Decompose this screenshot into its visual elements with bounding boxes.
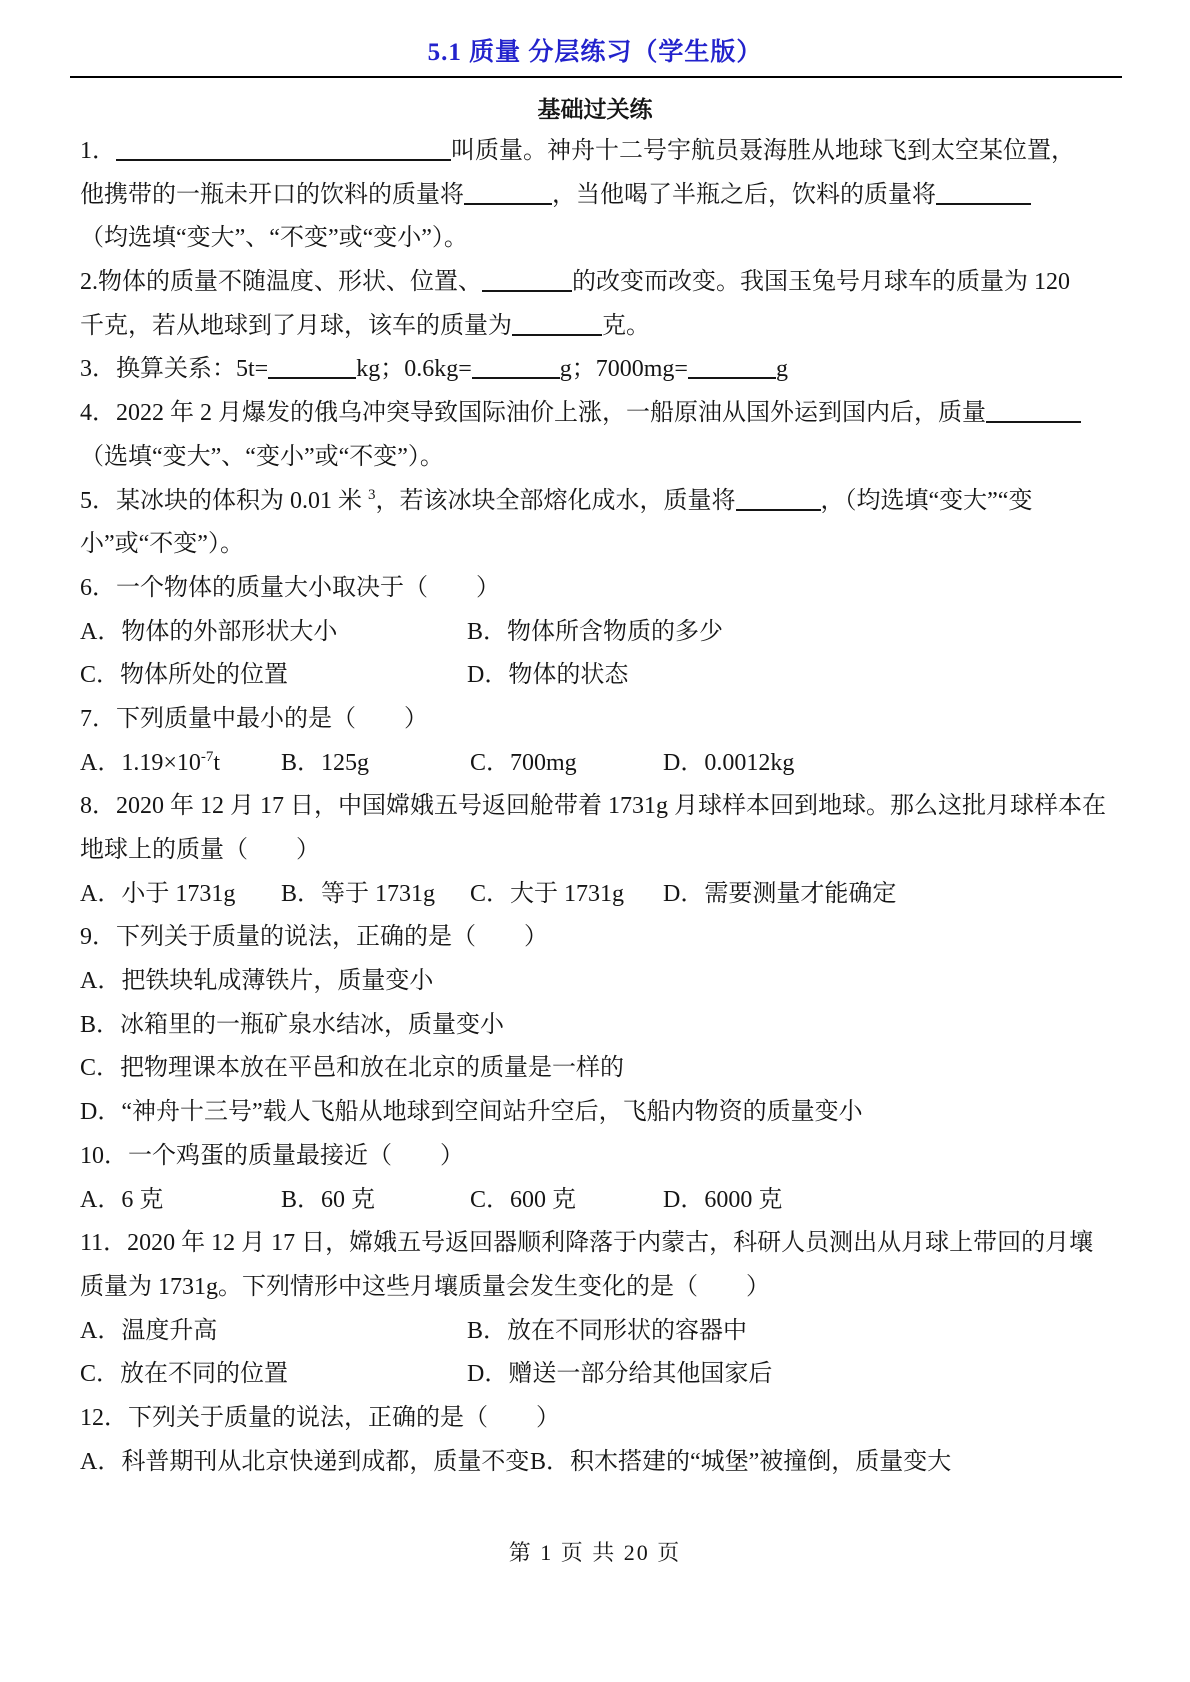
text-chunk: （选填“变大”、“变小”或“不变”）。 bbox=[80, 444, 444, 470]
text-chunk: 10．一个鸡蛋的质量最接近（ ） bbox=[80, 1143, 464, 1169]
option-column: A．1.19×10-7t bbox=[80, 742, 220, 786]
text-run: D．赠送一部分给其他国家后 bbox=[467, 1361, 772, 1387]
text-chunk: 质量为 1731g。下列情形中这些月壤质量会发生变化的是（ ） bbox=[80, 1274, 770, 1300]
text-run: B．60 克 bbox=[281, 1187, 375, 1213]
blank-field bbox=[512, 310, 602, 336]
q7-stem: 7．下列质量中最小的是（ ） bbox=[0, 698, 1190, 742]
text-run: A．1.19×10 bbox=[80, 750, 201, 776]
q5-line2: 小”或“不变”）。 bbox=[0, 523, 1190, 567]
text-run: A．6 克 bbox=[80, 1187, 163, 1213]
text-run: 质量为 1731g。下列情形中这些月壤质量会发生变化的是（ ） bbox=[80, 1274, 770, 1300]
text-run: C．物体所处的位置 bbox=[80, 662, 288, 688]
q11-line2: 质量为 1731g。下列情形中这些月壤质量会发生变化的是（ ） bbox=[0, 1266, 1190, 1310]
page-footer: 第 1 页 共 20 页 bbox=[0, 1536, 1190, 1567]
text-chunk: 3．换算关系：5t=kg；0.6kg=g；7000mg=g bbox=[80, 356, 788, 382]
option-column: D．0.0012kg bbox=[663, 742, 794, 786]
text-run: D．物体的状态 bbox=[467, 662, 628, 688]
option-column: B．60 克 bbox=[281, 1179, 375, 1223]
blank-field bbox=[116, 135, 451, 161]
q12-options-ab: A．科普期刊从北京快递到成都，质量不变B．积木搭建的“城堡”被撞倒，质量变大 bbox=[0, 1441, 1190, 1485]
text-run: C．把物理课本放在平邑和放在北京的质量是一样的 bbox=[80, 1055, 624, 1081]
section-header: 基础过关练 bbox=[0, 91, 1190, 124]
text-run: （均选填“变大”、“不变”或“变小”）。 bbox=[80, 225, 468, 251]
text-chunk: 地球上的质量（ ） bbox=[80, 837, 320, 863]
text-chunk: 7．下列质量中最小的是（ ） bbox=[80, 706, 428, 732]
option-column: A．6 克 bbox=[80, 1179, 163, 1223]
q10-stem: 10．一个鸡蛋的质量最接近（ ） bbox=[0, 1135, 1190, 1179]
text-chunk: 他携带的一瓶未开口的饮料的质量将，当他喝了半瓶之后，饮料的质量将 bbox=[80, 182, 1031, 208]
text-run: C．放在不同的位置 bbox=[80, 1361, 288, 1387]
text-run: D．“神舟十三号”载人飞船从地球到空间站升空后，飞船内物资的质量变小 bbox=[80, 1099, 863, 1125]
option-column: C．700mg bbox=[470, 742, 577, 786]
text-run: A．物体的外部形状大小 bbox=[80, 619, 337, 645]
text-run: 他携带的一瓶未开口的饮料的质量将 bbox=[80, 182, 464, 208]
option-column: D．需要测量才能确定 bbox=[663, 873, 896, 917]
text-run: 千克，若从地球到了月球，该车的质量为 bbox=[80, 313, 512, 339]
text-run: 8．2020 年 12 月 17 日，中国嫦娥五号返回舱带着 1731g 月球样… bbox=[80, 793, 1106, 819]
q1-line1: 1．叫质量。神舟十二号宇航员聂海胜从地球飞到太空某位置， bbox=[0, 130, 1190, 174]
option-column: A．科普期刊从北京快递到成都，质量不变 bbox=[80, 1441, 529, 1485]
text-run: ，当他喝了半瓶之后，饮料的质量将 bbox=[552, 182, 936, 208]
text-run: 12．下列关于质量的说法，正确的是（ ） bbox=[80, 1405, 560, 1431]
option-column: A．小于 1731g bbox=[80, 873, 235, 917]
text-chunk: 11．2020 年 12 月 17 日，嫦娥五号返回器顺利降落于内蒙古，科研人员… bbox=[80, 1230, 1093, 1256]
text-run: D．需要测量才能确定 bbox=[663, 881, 896, 907]
text-run: B．积木搭建的“城堡”被撞倒，质量变大 bbox=[530, 1449, 951, 1475]
q12-stem: 12．下列关于质量的说法，正确的是（ ） bbox=[0, 1397, 1190, 1441]
option-column: C．600 克 bbox=[470, 1179, 576, 1223]
option-column: D．赠送一部分给其他国家后 bbox=[467, 1353, 772, 1397]
q9-stem: 9．下列关于质量的说法，正确的是（ ） bbox=[0, 916, 1190, 960]
text-run: D．0.0012kg bbox=[663, 750, 794, 776]
text-run: A．温度升高 bbox=[80, 1318, 217, 1344]
q5-line1: 5．某冰块的体积为 0.01 米 3，若该冰块全部熔化成水，质量将，（均选填“变… bbox=[0, 480, 1190, 524]
text-run: 4．2022 年 2 月爆发的俄乌冲突导致国际油价上涨，一船原油从国外运到国内后… bbox=[80, 400, 986, 426]
text-run: ，（均选填“变大”“变 bbox=[821, 488, 1033, 514]
text-run: C．大于 1731g bbox=[470, 881, 624, 907]
text-run: 克。 bbox=[602, 313, 650, 339]
option-column: B．物体所含物质的多少 bbox=[467, 611, 723, 655]
text-run: ，若该冰块全部熔化成水，质量将 bbox=[376, 488, 736, 514]
text-run: g；7000mg= bbox=[560, 356, 688, 382]
text-chunk: 1．叫质量。神舟十二号宇航员聂海胜从地球飞到太空某位置， bbox=[80, 138, 1075, 164]
q9-option-c: C．把物理课本放在平邑和放在北京的质量是一样的 bbox=[0, 1047, 1190, 1091]
option-column: B．等于 1731g bbox=[281, 873, 435, 917]
text-chunk: （均选填“变大”、“不变”或“变小”）。 bbox=[80, 225, 468, 251]
text-run: 5．某冰块的体积为 0.01 米 bbox=[80, 488, 368, 514]
q4-line2: （选填“变大”、“变小”或“不变”）。 bbox=[0, 436, 1190, 480]
text-chunk: D．“神舟十三号”载人飞船从地球到空间站升空后，飞船内物资的质量变小 bbox=[80, 1099, 863, 1125]
page-title: 5.1 质量 分层练习（学生版） bbox=[0, 32, 1190, 68]
q11-options-ab: A．温度升高B．放在不同形状的容器中 bbox=[0, 1310, 1190, 1354]
text-run: B．放在不同形状的容器中 bbox=[467, 1318, 747, 1344]
text-run: 3．换算关系：5t= bbox=[80, 356, 268, 382]
q8-options: A．小于 1731gB．等于 1731gC．大于 1731gD．需要测量才能确定 bbox=[0, 873, 1190, 917]
blank-field bbox=[268, 353, 356, 379]
option-column: A．物体的外部形状大小 bbox=[80, 611, 337, 655]
option-column: D．物体的状态 bbox=[467, 654, 628, 698]
text-chunk: 5．某冰块的体积为 0.01 米 3，若该冰块全部熔化成水，质量将，（均选填“变… bbox=[80, 488, 1032, 514]
text-run: 2.物体的质量不随温度、形状、位置、 bbox=[80, 269, 482, 295]
text-chunk: 6．一个物体的质量大小取决于（ ） bbox=[80, 575, 500, 601]
text-run: C．700mg bbox=[470, 750, 577, 776]
text-run: 9．下列关于质量的说法，正确的是（ ） bbox=[80, 924, 548, 950]
q11-options-cd: C．放在不同的位置D．赠送一部分给其他国家后 bbox=[0, 1353, 1190, 1397]
text-run: kg；0.6kg= bbox=[356, 356, 472, 382]
text-run: g bbox=[776, 356, 788, 382]
text-run: 的改变而改变。我国玉兔号月球车的质量为 120 bbox=[572, 269, 1070, 295]
option-column: B．放在不同形状的容器中 bbox=[467, 1310, 747, 1354]
q6-options-ab: A．物体的外部形状大小B．物体所含物质的多少 bbox=[0, 611, 1190, 655]
q6-options-cd: C．物体所处的位置D．物体的状态 bbox=[0, 654, 1190, 698]
blank-field bbox=[936, 179, 1031, 205]
text-chunk: 4．2022 年 2 月爆发的俄乌冲突导致国际油价上涨，一船原油从国外运到国内后… bbox=[80, 400, 1081, 426]
q2-line2: 千克，若从地球到了月球，该车的质量为克。 bbox=[0, 305, 1190, 349]
option-column: D．6000 克 bbox=[663, 1179, 782, 1223]
text-run: 地球上的质量（ ） bbox=[80, 837, 320, 863]
option-column: C．大于 1731g bbox=[470, 873, 624, 917]
option-column: C．物体所处的位置 bbox=[80, 654, 288, 698]
blank-field bbox=[986, 397, 1081, 423]
blank-field bbox=[736, 485, 821, 511]
blank-field bbox=[482, 266, 572, 292]
text-chunk: 千克，若从地球到了月球，该车的质量为克。 bbox=[80, 313, 650, 339]
blank-field bbox=[472, 353, 560, 379]
q1-line3: （均选填“变大”、“不变”或“变小”）。 bbox=[0, 217, 1190, 261]
text-run: 10．一个鸡蛋的质量最接近（ ） bbox=[80, 1143, 464, 1169]
text-run: t bbox=[213, 750, 220, 776]
superscript: 3 bbox=[368, 487, 376, 503]
text-run: B．等于 1731g bbox=[281, 881, 435, 907]
title-divider bbox=[70, 76, 1122, 78]
text-chunk: 9．下列关于质量的说法，正确的是（ ） bbox=[80, 924, 548, 950]
q1-line2: 他携带的一瓶未开口的饮料的质量将，当他喝了半瓶之后，饮料的质量将 bbox=[0, 174, 1190, 218]
superscript: -7 bbox=[201, 749, 214, 765]
text-run: A．科普期刊从北京快递到成都，质量不变 bbox=[80, 1449, 529, 1475]
q6-stem: 6．一个物体的质量大小取决于（ ） bbox=[0, 567, 1190, 611]
question-body: 1．叫质量。神舟十二号宇航员聂海胜从地球飞到太空某位置，他携带的一瓶未开口的饮料… bbox=[0, 130, 1190, 1484]
text-chunk: 12．下列关于质量的说法，正确的是（ ） bbox=[80, 1405, 560, 1431]
text-chunk: C．把物理课本放在平邑和放在北京的质量是一样的 bbox=[80, 1055, 624, 1081]
q9-option-b: B．冰箱里的一瓶矿泉水结冰，质量变小 bbox=[0, 1004, 1190, 1048]
blank-field bbox=[464, 179, 552, 205]
text-run: 小”或“不变”）。 bbox=[80, 531, 244, 557]
text-chunk: 小”或“不变”）。 bbox=[80, 531, 244, 557]
option-column: C．放在不同的位置 bbox=[80, 1353, 288, 1397]
q9-option-d: D．“神舟十三号”载人飞船从地球到空间站升空后，飞船内物资的质量变小 bbox=[0, 1091, 1190, 1135]
text-run: 6．一个物体的质量大小取决于（ ） bbox=[80, 575, 500, 601]
q8-line2: 地球上的质量（ ） bbox=[0, 829, 1190, 873]
text-chunk: A．把铁块轧成薄铁片，质量变小 bbox=[80, 968, 433, 994]
blank-field bbox=[688, 353, 776, 379]
text-run: 11．2020 年 12 月 17 日，嫦娥五号返回器顺利降落于内蒙古，科研人员… bbox=[80, 1230, 1093, 1256]
q11-line1: 11．2020 年 12 月 17 日，嫦娥五号返回器顺利降落于内蒙古，科研人员… bbox=[0, 1222, 1190, 1266]
text-chunk: B．冰箱里的一瓶矿泉水结冰，质量变小 bbox=[80, 1012, 504, 1038]
text-run: 叫质量。神舟十二号宇航员聂海胜从地球飞到太空某位置， bbox=[451, 138, 1075, 164]
text-run: （选填“变大”、“变小”或“不变”）。 bbox=[80, 444, 444, 470]
worksheet-page: 5.1 质量 分层练习（学生版） 基础过关练 1．叫质量。神舟十二号宇航员聂海胜… bbox=[0, 0, 1190, 1682]
text-run: 7．下列质量中最小的是（ ） bbox=[80, 706, 428, 732]
q9-option-a: A．把铁块轧成薄铁片，质量变小 bbox=[0, 960, 1190, 1004]
text-run: B．冰箱里的一瓶矿泉水结冰，质量变小 bbox=[80, 1012, 504, 1038]
option-column: A．温度升高 bbox=[80, 1310, 217, 1354]
text-run: 1． bbox=[80, 138, 116, 164]
text-run: A．把铁块轧成薄铁片，质量变小 bbox=[80, 968, 433, 994]
q7-options: A．1.19×10-7tB．125gC．700mgD．0.0012kg bbox=[0, 742, 1190, 786]
text-run: C．600 克 bbox=[470, 1187, 576, 1213]
text-run: D．6000 克 bbox=[663, 1187, 782, 1213]
q10-options: A．6 克B．60 克C．600 克D．6000 克 bbox=[0, 1179, 1190, 1223]
text-run: B．125g bbox=[281, 750, 369, 776]
text-run: A．小于 1731g bbox=[80, 881, 235, 907]
q3-line1: 3．换算关系：5t=kg；0.6kg=g；7000mg=g bbox=[0, 348, 1190, 392]
q8-line1: 8．2020 年 12 月 17 日，中国嫦娥五号返回舱带着 1731g 月球样… bbox=[0, 785, 1190, 829]
text-chunk: 8．2020 年 12 月 17 日，中国嫦娥五号返回舱带着 1731g 月球样… bbox=[80, 793, 1106, 819]
text-chunk: 2.物体的质量不随温度、形状、位置、的改变而改变。我国玉兔号月球车的质量为 12… bbox=[80, 269, 1070, 295]
option-column: B．125g bbox=[281, 742, 369, 786]
text-run: B．物体所含物质的多少 bbox=[467, 619, 723, 645]
q2-line1: 2.物体的质量不随温度、形状、位置、的改变而改变。我国玉兔号月球车的质量为 12… bbox=[0, 261, 1190, 305]
q4-line1: 4．2022 年 2 月爆发的俄乌冲突导致国际油价上涨，一船原油从国外运到国内后… bbox=[0, 392, 1190, 436]
option-column: B．积木搭建的“城堡”被撞倒，质量变大 bbox=[530, 1441, 951, 1485]
